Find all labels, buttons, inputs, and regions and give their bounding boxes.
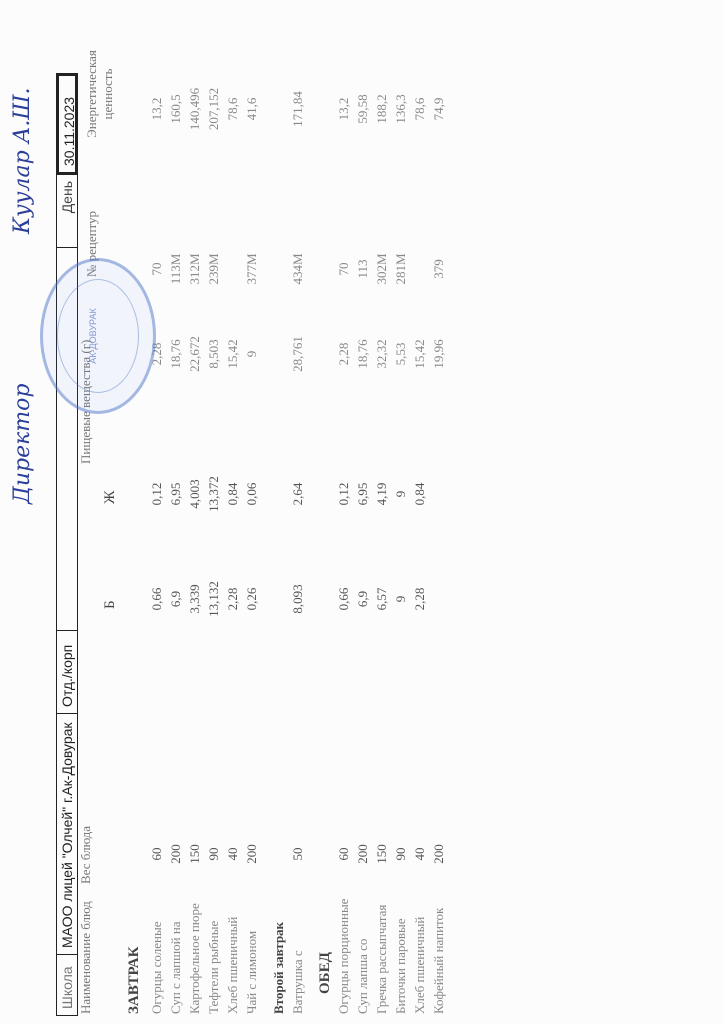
cell-weight: 40 [412, 834, 428, 874]
cell-u: 15,42 [412, 324, 428, 384]
school-label: Школа [57, 954, 77, 1015]
cell-recipe: 312M [187, 239, 203, 299]
cell-b: 8,093 [290, 574, 306, 624]
cell-recipe: 379 [431, 239, 447, 299]
table-row: Хлеб пшеничный402,280,8415,4278,6 [412, 0, 430, 1024]
signature-name: Куулар А.Ш. [10, 87, 35, 234]
cell-energy: 13,2 [149, 74, 165, 144]
cell-b: 0,66 [336, 574, 352, 624]
cell-recipe: 434M [290, 239, 306, 299]
cell-name: Хлеб пшеничный [225, 917, 241, 1014]
date-cell: 30.11.2023 [57, 74, 77, 174]
col-b: Б [102, 600, 119, 609]
cell-u: 22,672 [187, 324, 203, 384]
cell-name: Кофейный напиток [431, 908, 447, 1014]
cell-recipe: 70 [149, 239, 165, 299]
table-row: Ватрушка с508,0932,6428,761434M171,84 [290, 0, 308, 1024]
cell-recipe: 377M [244, 239, 260, 299]
cell-energy: 41,6 [244, 74, 260, 144]
section-title: ЗАВТРАК [126, 946, 143, 1014]
cell-b: 6,9 [355, 574, 371, 624]
cell-zh: 0,84 [412, 464, 428, 524]
header-row: Школа МАОО лицей "Олчей" г.Ак-Довурак От… [56, 73, 78, 1016]
menu-sheet: Школа МАОО лицей "Олчей" г.Ак-Довурак От… [0, 0, 724, 1024]
cell-name: Картофельное пюре [187, 903, 203, 1014]
table-row: Суп с лапшой на2006,96,9518,76113M160,5 [168, 0, 186, 1024]
cell-name: Ватрушка с [290, 950, 306, 1014]
col-energy: Энергетическая ценность [84, 44, 116, 144]
cell-name: Тефтели рыбные [206, 921, 222, 1014]
cell-weight: 90 [206, 834, 222, 874]
col-name: Наименование блюд [78, 901, 94, 1014]
cell-weight: 40 [225, 834, 241, 874]
cell-u: 19,96 [431, 324, 447, 384]
section-row: ОБЕД [317, 0, 335, 1024]
cell-energy: 78,6 [225, 74, 241, 144]
cell-weight: 200 [355, 834, 371, 874]
cell-name: Чай с лимоном [244, 931, 260, 1014]
cell-zh: 6,95 [168, 464, 184, 524]
table-row: Картофельное пюре1503,3394,00322,672312M… [187, 0, 205, 1024]
cell-u: 32,32 [374, 324, 390, 384]
section-title: Второй завтрак [271, 922, 287, 1014]
cell-energy: 59,58 [355, 74, 371, 144]
table-row: Чай с лимоном2000,260,069377M41,6 [244, 0, 262, 1024]
cell-energy: 13,2 [336, 74, 352, 144]
cell-zh: 9 [393, 464, 409, 524]
cell-energy: 188,2 [374, 74, 390, 144]
col-weight: Вес блюда [78, 826, 94, 884]
cell-weight: 90 [393, 834, 409, 874]
day-label: День [57, 174, 77, 247]
cell-b: 9 [393, 574, 409, 624]
cell-recipe: 281M [393, 239, 409, 299]
cell-weight: 200 [431, 834, 447, 874]
cell-name: Огурцы порционные [336, 899, 352, 1014]
cell-b: 2,28 [412, 574, 428, 624]
cell-recipe: 239M [206, 239, 222, 299]
school-name: МАОО лицей "Олчей" г.Ак-Довурак [57, 713, 77, 954]
cell-zh: 0,12 [149, 464, 165, 524]
cell-u: 5,53 [393, 324, 409, 384]
table-row: Огурцы соленые600,660,122,287013,2 [149, 0, 167, 1024]
cell-energy: 78,6 [412, 74, 428, 144]
cell-energy: 160,5 [168, 74, 184, 144]
cell-b: 6,9 [168, 574, 184, 624]
cell-u: 18,76 [168, 324, 184, 384]
cell-name: Суп с лапшой на [168, 921, 184, 1014]
cell-zh: 0,12 [336, 464, 352, 524]
cell-weight: 50 [290, 834, 306, 874]
table-row: Хлеб пшеничный402,280,8415,4278,6 [225, 0, 243, 1024]
cell-recipe: 302M [374, 239, 390, 299]
cell-b: 2,28 [225, 574, 241, 624]
cell-weight: 150 [374, 834, 390, 874]
cell-zh: 0,06 [244, 464, 260, 524]
cell-zh: 4,19 [374, 464, 390, 524]
section-row: Второй завтрак [271, 0, 289, 1024]
cell-energy: 140,496 [187, 74, 203, 144]
cell-zh: 6,95 [355, 464, 371, 524]
signature-title: Директор [10, 384, 35, 504]
cell-name: Огурцы соленые [149, 922, 165, 1014]
table-row: Кофейный напиток20019,9637974,9 [431, 0, 449, 1024]
table-row: Тефтели рыбные9013,13213,3728,503239M207… [206, 0, 224, 1024]
col-zh: Ж [102, 491, 119, 504]
cell-energy: 74,9 [431, 74, 447, 144]
cell-u: 9 [244, 324, 260, 384]
cell-u: 15,42 [225, 324, 241, 384]
cell-energy: 207,152 [206, 74, 222, 144]
cell-b: 0,66 [149, 574, 165, 624]
section-title: ОБЕД [317, 952, 334, 994]
cell-recipe: 113 [355, 239, 371, 299]
cell-b: 3,339 [187, 574, 203, 624]
dept-label: Отд./корп [57, 630, 77, 713]
cell-u: 18,76 [355, 324, 371, 384]
cell-u: 2,28 [336, 324, 352, 384]
cell-recipe: 113M [168, 239, 184, 299]
cell-recipe: 70 [336, 239, 352, 299]
cell-name: Гречка рассыпчатая [374, 905, 390, 1014]
cell-weight: 150 [187, 834, 203, 874]
table-row: Суп лапша со2006,96,9518,7611359,58 [355, 0, 373, 1024]
cell-weight: 200 [244, 834, 260, 874]
cell-weight: 200 [168, 834, 184, 874]
cell-weight: 60 [336, 834, 352, 874]
cell-zh: 0,84 [225, 464, 241, 524]
cell-energy: 171,84 [290, 74, 306, 144]
cell-name: Суп лапша со [355, 939, 371, 1014]
table-row: Биточки паровые90995,53281M136,3 [393, 0, 411, 1024]
cell-b: 6,57 [374, 574, 390, 624]
cell-zh: 13,372 [206, 464, 222, 524]
official-stamp: АК-ДОВУРАК [40, 258, 156, 414]
stamp-text: АК-ДОВУРАК [57, 279, 139, 393]
cell-name: Биточки паровые [393, 918, 409, 1014]
cell-energy: 136,3 [393, 74, 409, 144]
cell-u: 8,503 [206, 324, 222, 384]
cell-u: 28,761 [290, 324, 306, 384]
cell-weight: 60 [149, 834, 165, 874]
cell-name: Хлеб пшеничный [412, 917, 428, 1014]
cell-b: 0,26 [244, 574, 260, 624]
cell-zh: 4,003 [187, 464, 203, 524]
table-row: Гречка рассыпчатая1506,574,1932,32302M18… [374, 0, 392, 1024]
cell-b: 13,132 [206, 574, 222, 624]
section-row: ЗАВТРАК [126, 0, 144, 1024]
table-row: Огурцы порционные600,660,122,287013,2 [336, 0, 354, 1024]
cell-zh: 2,64 [290, 464, 306, 524]
